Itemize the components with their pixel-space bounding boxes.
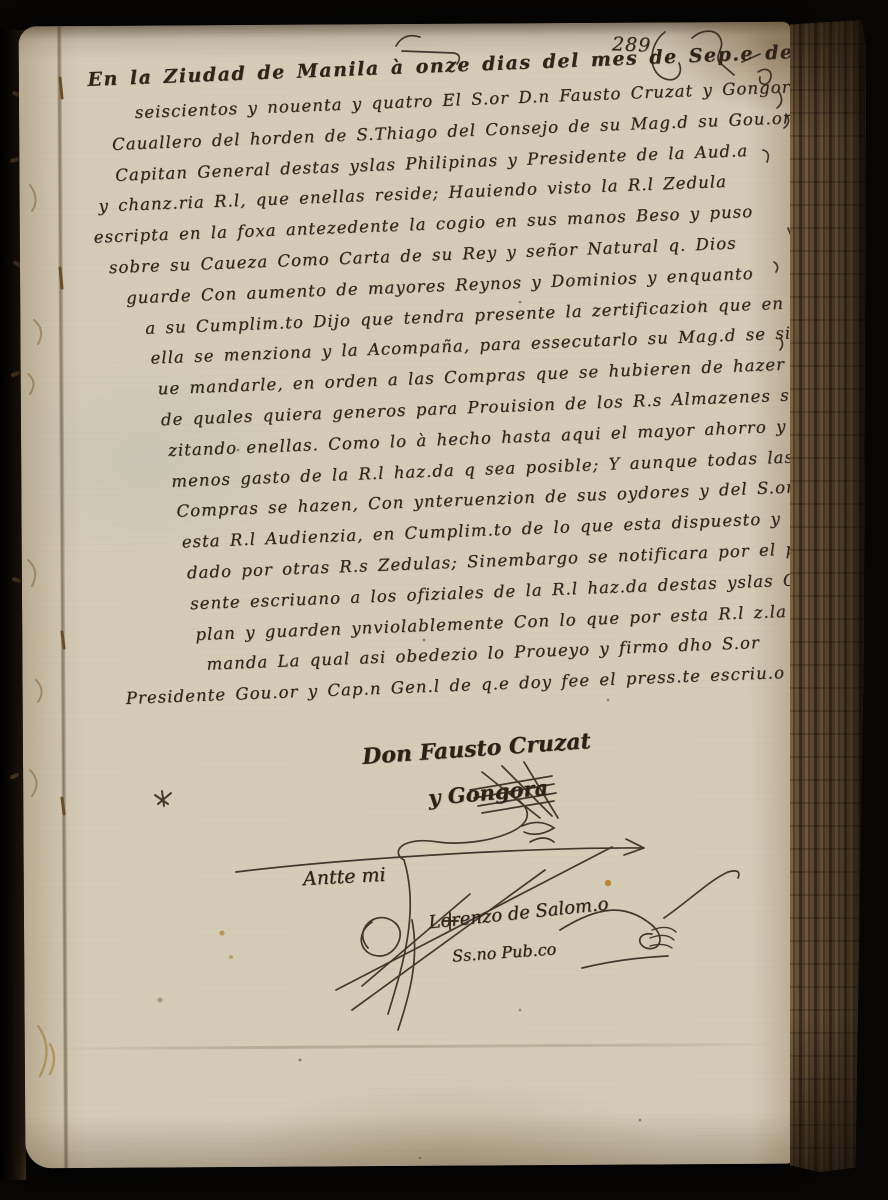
spine-stitch-mark: [12, 577, 22, 584]
manuscript-page: En la Ziudad de Manila à onze dias del m…: [19, 22, 798, 1169]
spine-stitch-mark: [10, 772, 20, 780]
folio-number: 289: [612, 33, 652, 56]
manuscript-text-block: En la Ziudad de Manila à onze dias del m…: [87, 32, 798, 715]
page-bottom-fold: [55, 1043, 775, 1050]
gutter-crease: [57, 26, 69, 1168]
spine-stitch-mark: [10, 157, 20, 164]
spine-stitch-mark: [11, 370, 21, 377]
ante-mi-label: Antte mi: [302, 864, 386, 890]
manuscript-photo: En la Ziudad de Manila à onze dias del m…: [0, 0, 888, 1200]
fore-edge-texture: [790, 20, 866, 1172]
